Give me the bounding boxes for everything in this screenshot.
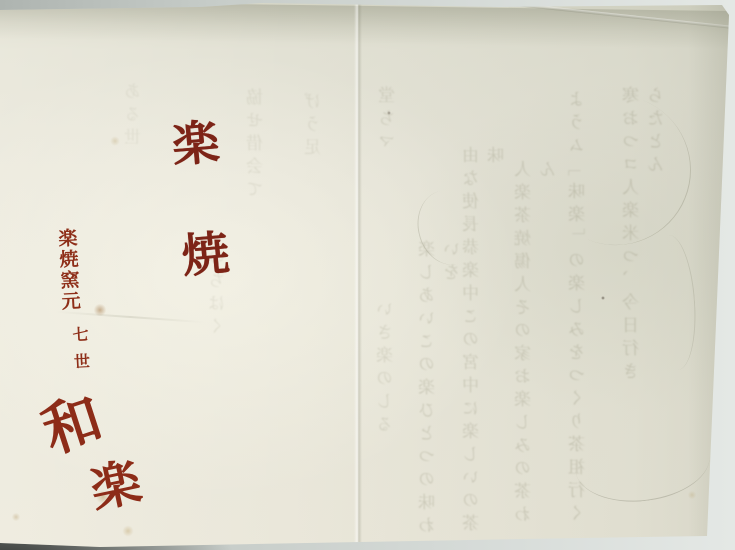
colophon-kiln-name: 楽焼窯元 xyxy=(53,227,84,312)
bleedthrough-column: 由な使長恭楽中この宮中に楽しいの茶味 xyxy=(460,146,510,545)
curved-crease-right-mid xyxy=(647,234,699,372)
bleedthrough-column: 寒おつコ人楽米つ、今日行きらたとん xyxy=(620,86,670,386)
top-fold-shadow xyxy=(0,1,735,52)
signature-char-raku: 楽 xyxy=(83,442,147,523)
curved-crease-center xyxy=(410,184,487,272)
bleedthrough-column: ようム「味楽」の楽しみをつくり茶祖行く xyxy=(566,90,591,545)
right-edge-shading xyxy=(688,0,735,550)
bleedthrough-column: 人楽茶焼傷人その家お楽しみの茶わん xyxy=(512,160,562,545)
title-rakuyaki: 楽焼 xyxy=(156,116,242,343)
top-right-crease xyxy=(501,1,735,29)
bleedthrough-column: 堂ちマ xyxy=(376,86,401,194)
bleedthrough-column: 協せ借会て xyxy=(244,88,269,310)
curved-crease-bottom-right xyxy=(571,417,714,509)
center-fold-crease xyxy=(354,0,362,550)
bleedthrough-column: げう足 xyxy=(302,92,327,192)
bleedthrough-column: ある世 xyxy=(122,82,147,204)
photo-stage: 寒おつコ人楽米つ、今日行きらたとん ようム「味楽」の楽しみをつくり茶祖行く 人楽… xyxy=(0,0,735,550)
curved-crease-right xyxy=(517,72,713,268)
washi-paper-sheet: 寒おつコ人楽米つ、今日行きらたとん ようム「味楽」の楽しみをつくり茶祖行く 人楽… xyxy=(0,0,735,550)
bleedthrough-column: いさ楽のしる xyxy=(374,300,399,545)
bleedthrough-column: 楽しあいこの楽ひとつの味わいを xyxy=(416,240,466,545)
